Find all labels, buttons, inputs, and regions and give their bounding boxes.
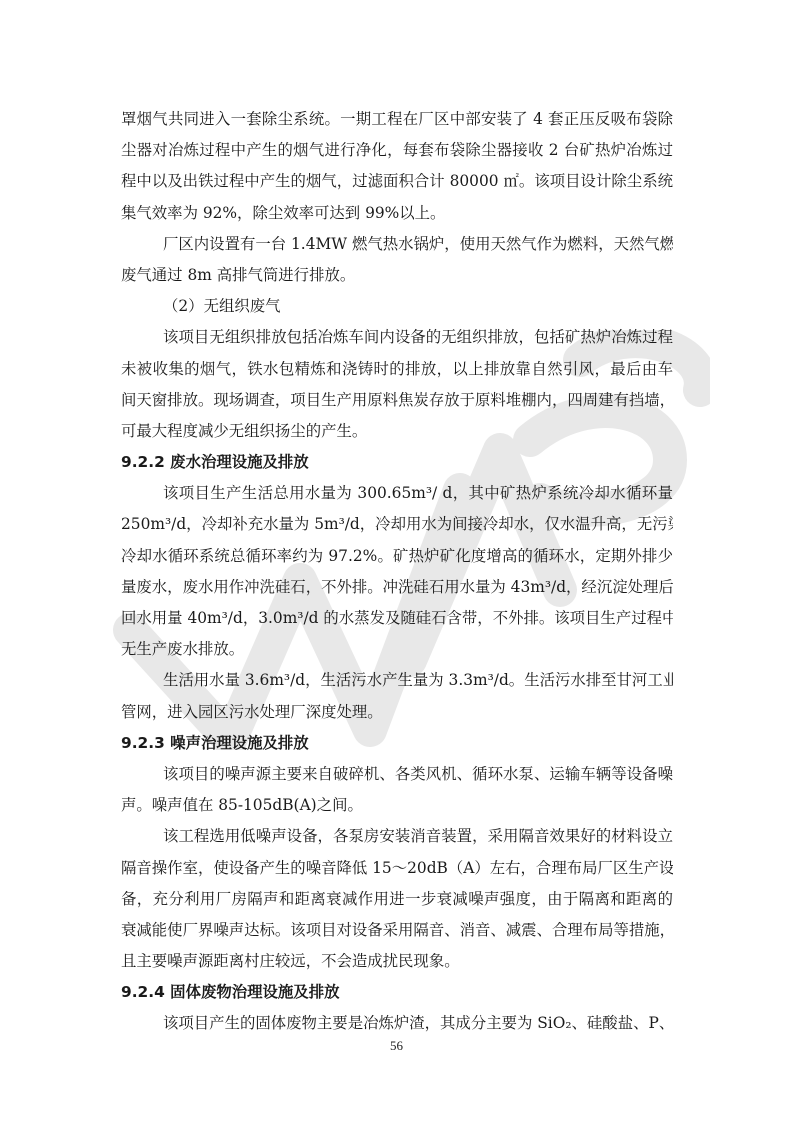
text-line: 该工程选用低噪声设备，各泵房安装消音装置，采用隔音效果好的材料设立	[121, 821, 673, 852]
text-line: 量废水，废水用作冲洗硅石，不外排。冲洗硅石用水量为 43m³/d，经沉淀处理后	[121, 572, 673, 603]
text-line: 集气效率为 92%，除尘效率可达到 99%以上。	[121, 198, 673, 229]
text-line: 且主要噪声源距离村庄较远，不会造成扰民现象。	[121, 946, 673, 977]
text-line: 间天窗排放。现场调查，项目生产用原料焦炭存放于原料堆棚内，四周建有挡墙，	[121, 385, 673, 416]
text-line: 备，充分利用厂房隔声和距离衰减作用进一步衰减噪声强度，由于隔离和距离的	[121, 884, 673, 915]
section-heading: 9.2.2 废水治理设施及排放	[121, 447, 673, 478]
text-line: 冷却水循环系统总循环率约为 97.2%。矿热炉矿化度增高的循环水，定期外排少	[121, 541, 673, 572]
text-line: 声。噪声值在 85-105dB(A)之间。	[121, 790, 673, 821]
text-line: 衰减能使厂界噪声达标。该项目对设备采用隔音、消音、减震、合理布局等措施，	[121, 915, 673, 946]
paragraph: 厂区内设置有一台 1.4MW 燃气热水锅炉，使用天然气作为燃料，天然气燃烧废气通…	[121, 229, 673, 291]
paragraph: 该工程选用低噪声设备，各泵房安装消音装置，采用隔音效果好的材料设立隔音操作室，使…	[121, 821, 673, 977]
text-line: 可最大程度减少无组织扬尘的产生。	[121, 416, 673, 447]
text-line: 隔音操作室，使设备产生的噪音降低 15～20dB（A）左右，合理布局厂区生产设	[121, 853, 673, 884]
paragraph: 该项目的噪声源主要来自破碎机、各类风机、循环水泵、运输车辆等设备噪声。噪声值在 …	[121, 759, 673, 821]
text-line: 尘器对冶炼过程中产生的烟气进行净化，每套布袋除尘器接收 2 台矿热炉冶炼过	[121, 135, 673, 166]
text-line: 该项目无组织排放包括冶炼车间内设备的无组织排放，包括矿热炉冶炼过程	[121, 322, 673, 353]
paragraph: 该项目无组织排放包括冶炼车间内设备的无组织排放，包括矿热炉冶炼过程未被收集的烟气…	[121, 322, 673, 447]
text-line: 生活用水量 3.6m³/d，生活污水产生量为 3.3m³/d。生活污水排至甘河工…	[121, 665, 673, 696]
text-line: 未被收集的烟气，铁水包精炼和浇铸时的排放，以上排放靠自然引风，最后由车	[121, 354, 673, 385]
page-number: 56	[0, 1038, 793, 1054]
text-line: 该项目产生的固体废物主要是冶炼炉渣，其成分主要为 SiO₂、硅酸盐、P、S、	[121, 1008, 673, 1039]
text-line: 厂区内设置有一台 1.4MW 燃气热水锅炉，使用天然气作为燃料，天然气燃烧	[121, 229, 673, 260]
paragraph: 该项目产生的固体废物主要是冶炼炉渣，其成分主要为 SiO₂、硅酸盐、P、S、	[121, 1008, 673, 1039]
text-line: 250m³/d，冷却补充水量为 5m³/d，冷却用水为间接冷却水，仅水温升高，无…	[121, 509, 673, 540]
paragraph: 罩烟气共同进入一套除尘系统。一期工程在厂区中部安装了 4 套正压反吸布袋除尘器对…	[121, 104, 673, 229]
document-body: 罩烟气共同进入一套除尘系统。一期工程在厂区中部安装了 4 套正压反吸布袋除尘器对…	[121, 104, 673, 1040]
paragraph: 生活用水量 3.6m³/d，生活污水产生量为 3.3m³/d。生活污水排至甘河工…	[121, 665, 673, 727]
text-line: 罩烟气共同进入一套除尘系统。一期工程在厂区中部安装了 4 套正压反吸布袋除	[121, 104, 673, 135]
subsection-heading: （2）无组织废气	[121, 291, 673, 322]
text-line: 管网，进入园区污水处理厂深度处理。	[121, 697, 673, 728]
text-line: 废气通过 8m 高排气筒进行排放。	[121, 260, 673, 291]
section-heading: 9.2.3 噪声治理设施及排放	[121, 728, 673, 759]
text-line: 程中以及出铁过程中产生的烟气，过滤面积合计 80000 ㎡。该项目设计除尘系统	[121, 166, 673, 197]
text-line: 该项目的噪声源主要来自破碎机、各类风机、循环水泵、运输车辆等设备噪	[121, 759, 673, 790]
text-line: 回水用量 40m³/d，3.0m³/d 的水蒸发及随硅石含带，不外排。该项目生产…	[121, 603, 673, 634]
paragraph: 该项目生产生活总用水量为 300.65m³/ d，其中矿热炉系统冷却水循环量25…	[121, 478, 673, 665]
text-line: 该项目生产生活总用水量为 300.65m³/ d，其中矿热炉系统冷却水循环量	[121, 478, 673, 509]
section-heading: 9.2.4 固体废物治理设施及排放	[121, 977, 673, 1008]
document-page: 罩烟气共同进入一套除尘系统。一期工程在厂区中部安装了 4 套正压反吸布袋除尘器对…	[0, 0, 793, 1122]
text-line: 无生产废水排放。	[121, 634, 673, 665]
